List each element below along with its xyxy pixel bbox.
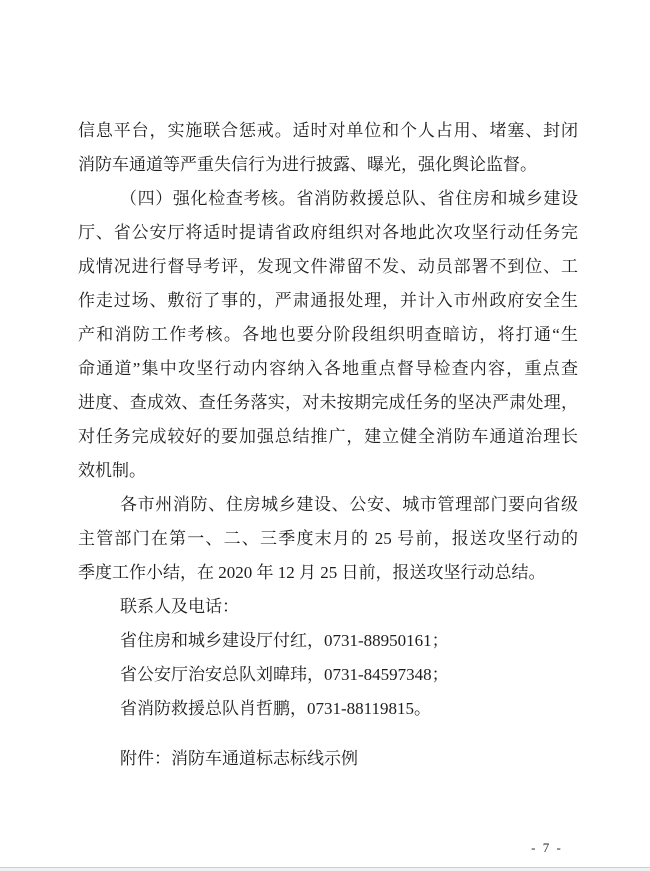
contact-line: 省住房和城乡建设厅付红，0731-88950161；	[78, 624, 578, 658]
document-page: 信息平台，实施联合惩戒。适时对单位和个人占用、堵塞、封闭 消防车通道等严重失信行…	[0, 0, 650, 871]
body-line: 各市州消防、住房城乡建设、公安、城市管理部门要向省级	[78, 488, 578, 522]
body-line: 信息平台，实施联合惩戒。适时对单位和个人占用、堵塞、封闭	[78, 114, 578, 148]
body-line: 对任务完成较好的要加强总结推广，建立健全消防车通道治理长	[78, 420, 578, 454]
contact-line: 省公安厅治安总队刘暐玮，0731-84597348；	[78, 658, 578, 692]
contact-line: 省消防救援总队肖哲鹏，0731-88119815。	[78, 692, 578, 726]
body-line: 季度工作小结，在 2020 年 12 月 25 日前，报送攻坚行动总结。	[78, 556, 578, 590]
body-line: 消防车通道等严重失信行为进行披露、曝光，强化舆论监督。	[78, 148, 578, 182]
body-line: （四）强化检查考核。省消防救援总队、省住房和城乡建设	[78, 182, 578, 216]
body-line: 厅、省公安厅将适时提请省政府组织对各地此次攻坚行动任务完	[78, 216, 578, 250]
body-line: 命通道”集中攻坚行动内容纳入各地重点督导检查内容，重点查	[78, 352, 578, 386]
body-line: 作走过场、敷衍了事的，严肃通报处理，并计入市州政府安全生	[78, 284, 578, 318]
attachment-note: 附件：消防车通道标志标线示例	[78, 742, 578, 776]
body-line: 效机制。	[78, 454, 578, 488]
document-body: 信息平台，实施联合惩戒。适时对单位和个人占用、堵塞、封闭 消防车通道等严重失信行…	[78, 114, 578, 776]
body-line: 进度、查成效、查任务落实，对未按期完成任务的坚决严肃处理，	[78, 386, 578, 420]
body-line: 产和消防工作考核。各地也要分阶段组织明查暗访，将打通“生	[78, 318, 578, 352]
body-line: 成情况进行督导考评，发现文件滞留不发、动员部署不到位、工	[78, 250, 578, 284]
body-line: 主管部门在第一、二、三季度末月的 25 号前，报送攻坚行动的	[78, 522, 578, 556]
contact-heading: 联系人及电话：	[78, 590, 578, 624]
page-number: - 7 -	[520, 840, 574, 856]
